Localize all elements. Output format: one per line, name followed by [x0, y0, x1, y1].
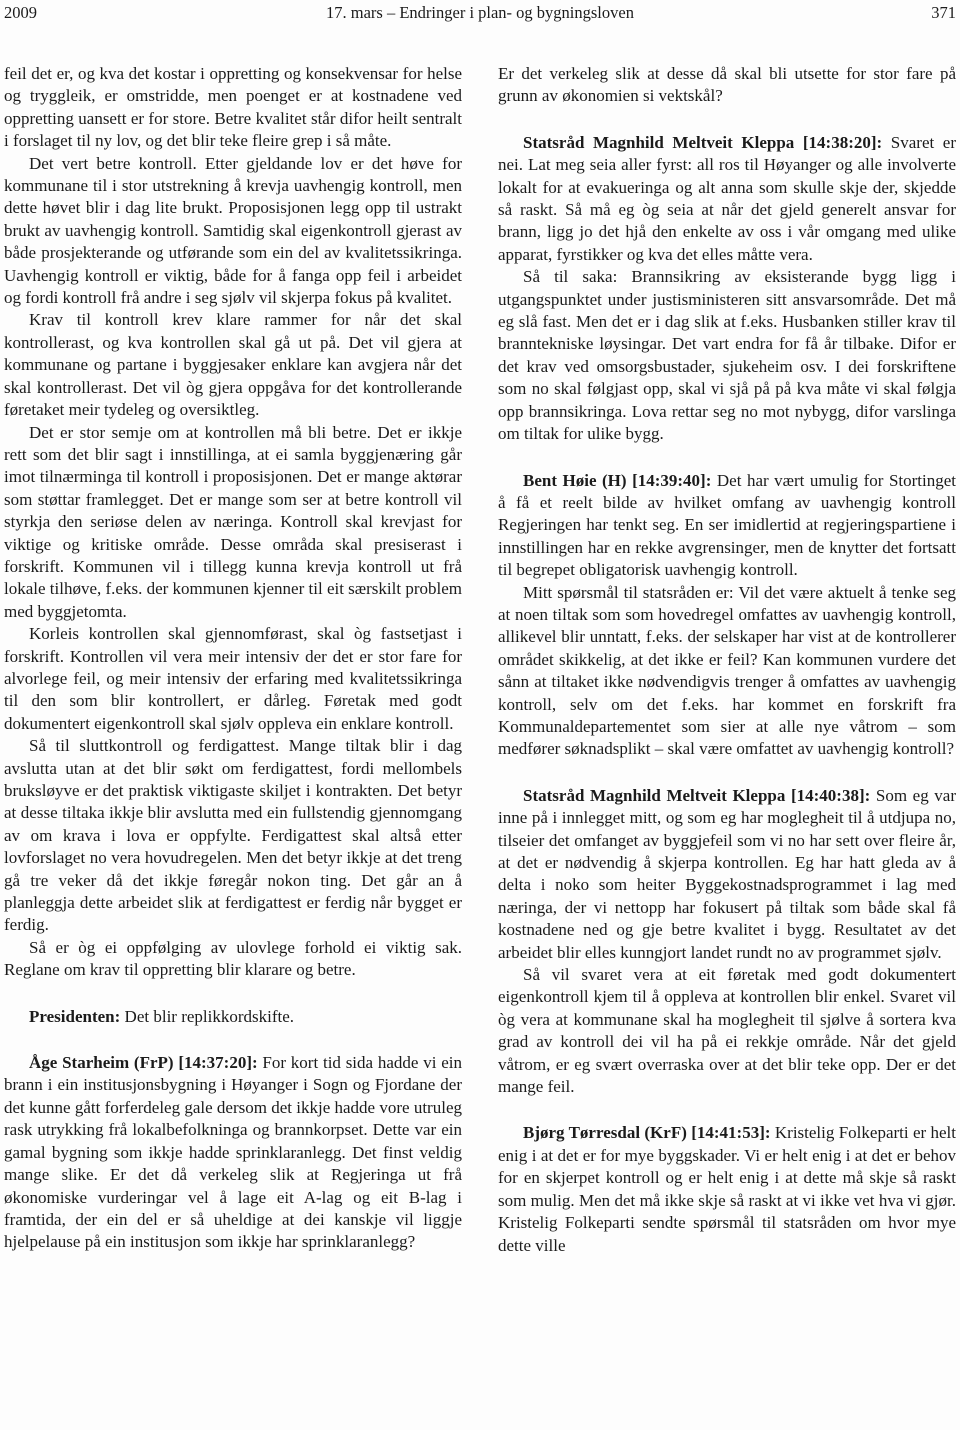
- paragraph-continuation: feil det er, og kva det kostar i opprett…: [4, 63, 462, 153]
- speech-text: Som eg var inne på i innlegget mitt, og …: [498, 786, 956, 962]
- speech-bent-hoie: Bent Høie (H) [14:39:40]: Det har vært u…: [498, 470, 956, 582]
- speaker-name: Åge Starheim (FrP) [14:37:20]:: [29, 1053, 258, 1072]
- page-header: 2009 17. mars – Endringer i plan- og byg…: [4, 4, 956, 22]
- paragraph: Korleis kontrollen skal gjennomførast, s…: [4, 623, 462, 735]
- right-column: Er det verkeleg slik at desse då skal bl…: [498, 63, 956, 1257]
- document-page: 2009 17. mars – Endringer i plan- og byg…: [0, 0, 960, 1430]
- speech-text: Kristelig Folkeparti er helt enig i at d…: [498, 1123, 956, 1254]
- paragraph: Krav til kontroll krev klare rammer for …: [4, 309, 462, 421]
- header-page-number: 371: [836, 4, 956, 22]
- speaker-name: Presidenten:: [29, 1007, 120, 1026]
- speaker-name: Bent Høie (H) [14:39:40]:: [523, 471, 711, 490]
- speech-text: For kort tid sida hadde vi ein brann i e…: [4, 1053, 462, 1251]
- speech-statsrad-kleppa-1: Statsråd Magnhild Meltveit Kleppa [14:38…: [498, 132, 956, 266]
- header-running-title: 17. mars – Endringer i plan- og bygnings…: [124, 4, 836, 22]
- speech-age-starheim: Åge Starheim (FrP) [14:37:20]: For kort …: [4, 1052, 462, 1254]
- paragraph: Mitt spørsmål til statsråden er: Vil det…: [498, 582, 956, 761]
- left-column: feil det er, og kva det kostar i opprett…: [4, 63, 462, 1257]
- speaker-name: Statsråd Magnhild Meltveit Kleppa [14:40…: [523, 786, 870, 805]
- text-columns: feil det er, og kva det kostar i opprett…: [4, 63, 956, 1257]
- speech-bjorg-torresdal: Bjørg Tørresdal (KrF) [14:41:53]: Kriste…: [498, 1122, 956, 1256]
- speech-presidenten: Presidenten: Det blir replikkordskifte.: [4, 1006, 462, 1028]
- paragraph: Så til saka: Brannsikring av eksisterand…: [498, 266, 956, 445]
- paragraph-continuation: Er det verkeleg slik at desse då skal bl…: [498, 63, 956, 108]
- paragraph: Det vert betre kontroll. Etter gjeldande…: [4, 153, 462, 310]
- paragraph: Det er stor semje om at kontrollen må bl…: [4, 422, 462, 624]
- paragraph: Så til sluttkontroll og ferdigattest. Ma…: [4, 735, 462, 937]
- speech-text: Svaret er nei. Lat meg seia aller fyrst:…: [498, 133, 956, 264]
- speaker-name: Statsråd Magnhild Meltveit Kleppa [14:38…: [523, 133, 882, 152]
- speech-text: Det blir replikkordskifte.: [120, 1007, 294, 1026]
- speech-statsrad-kleppa-2: Statsråd Magnhild Meltveit Kleppa [14:40…: [498, 785, 956, 964]
- paragraph: Så er òg ei oppfølging av ulovlege forho…: [4, 937, 462, 982]
- speaker-name: Bjørg Tørresdal (KrF) [14:41:53]:: [523, 1123, 771, 1142]
- paragraph: Så vil svaret vera at eit føretak med go…: [498, 964, 956, 1098]
- header-year: 2009: [4, 4, 124, 22]
